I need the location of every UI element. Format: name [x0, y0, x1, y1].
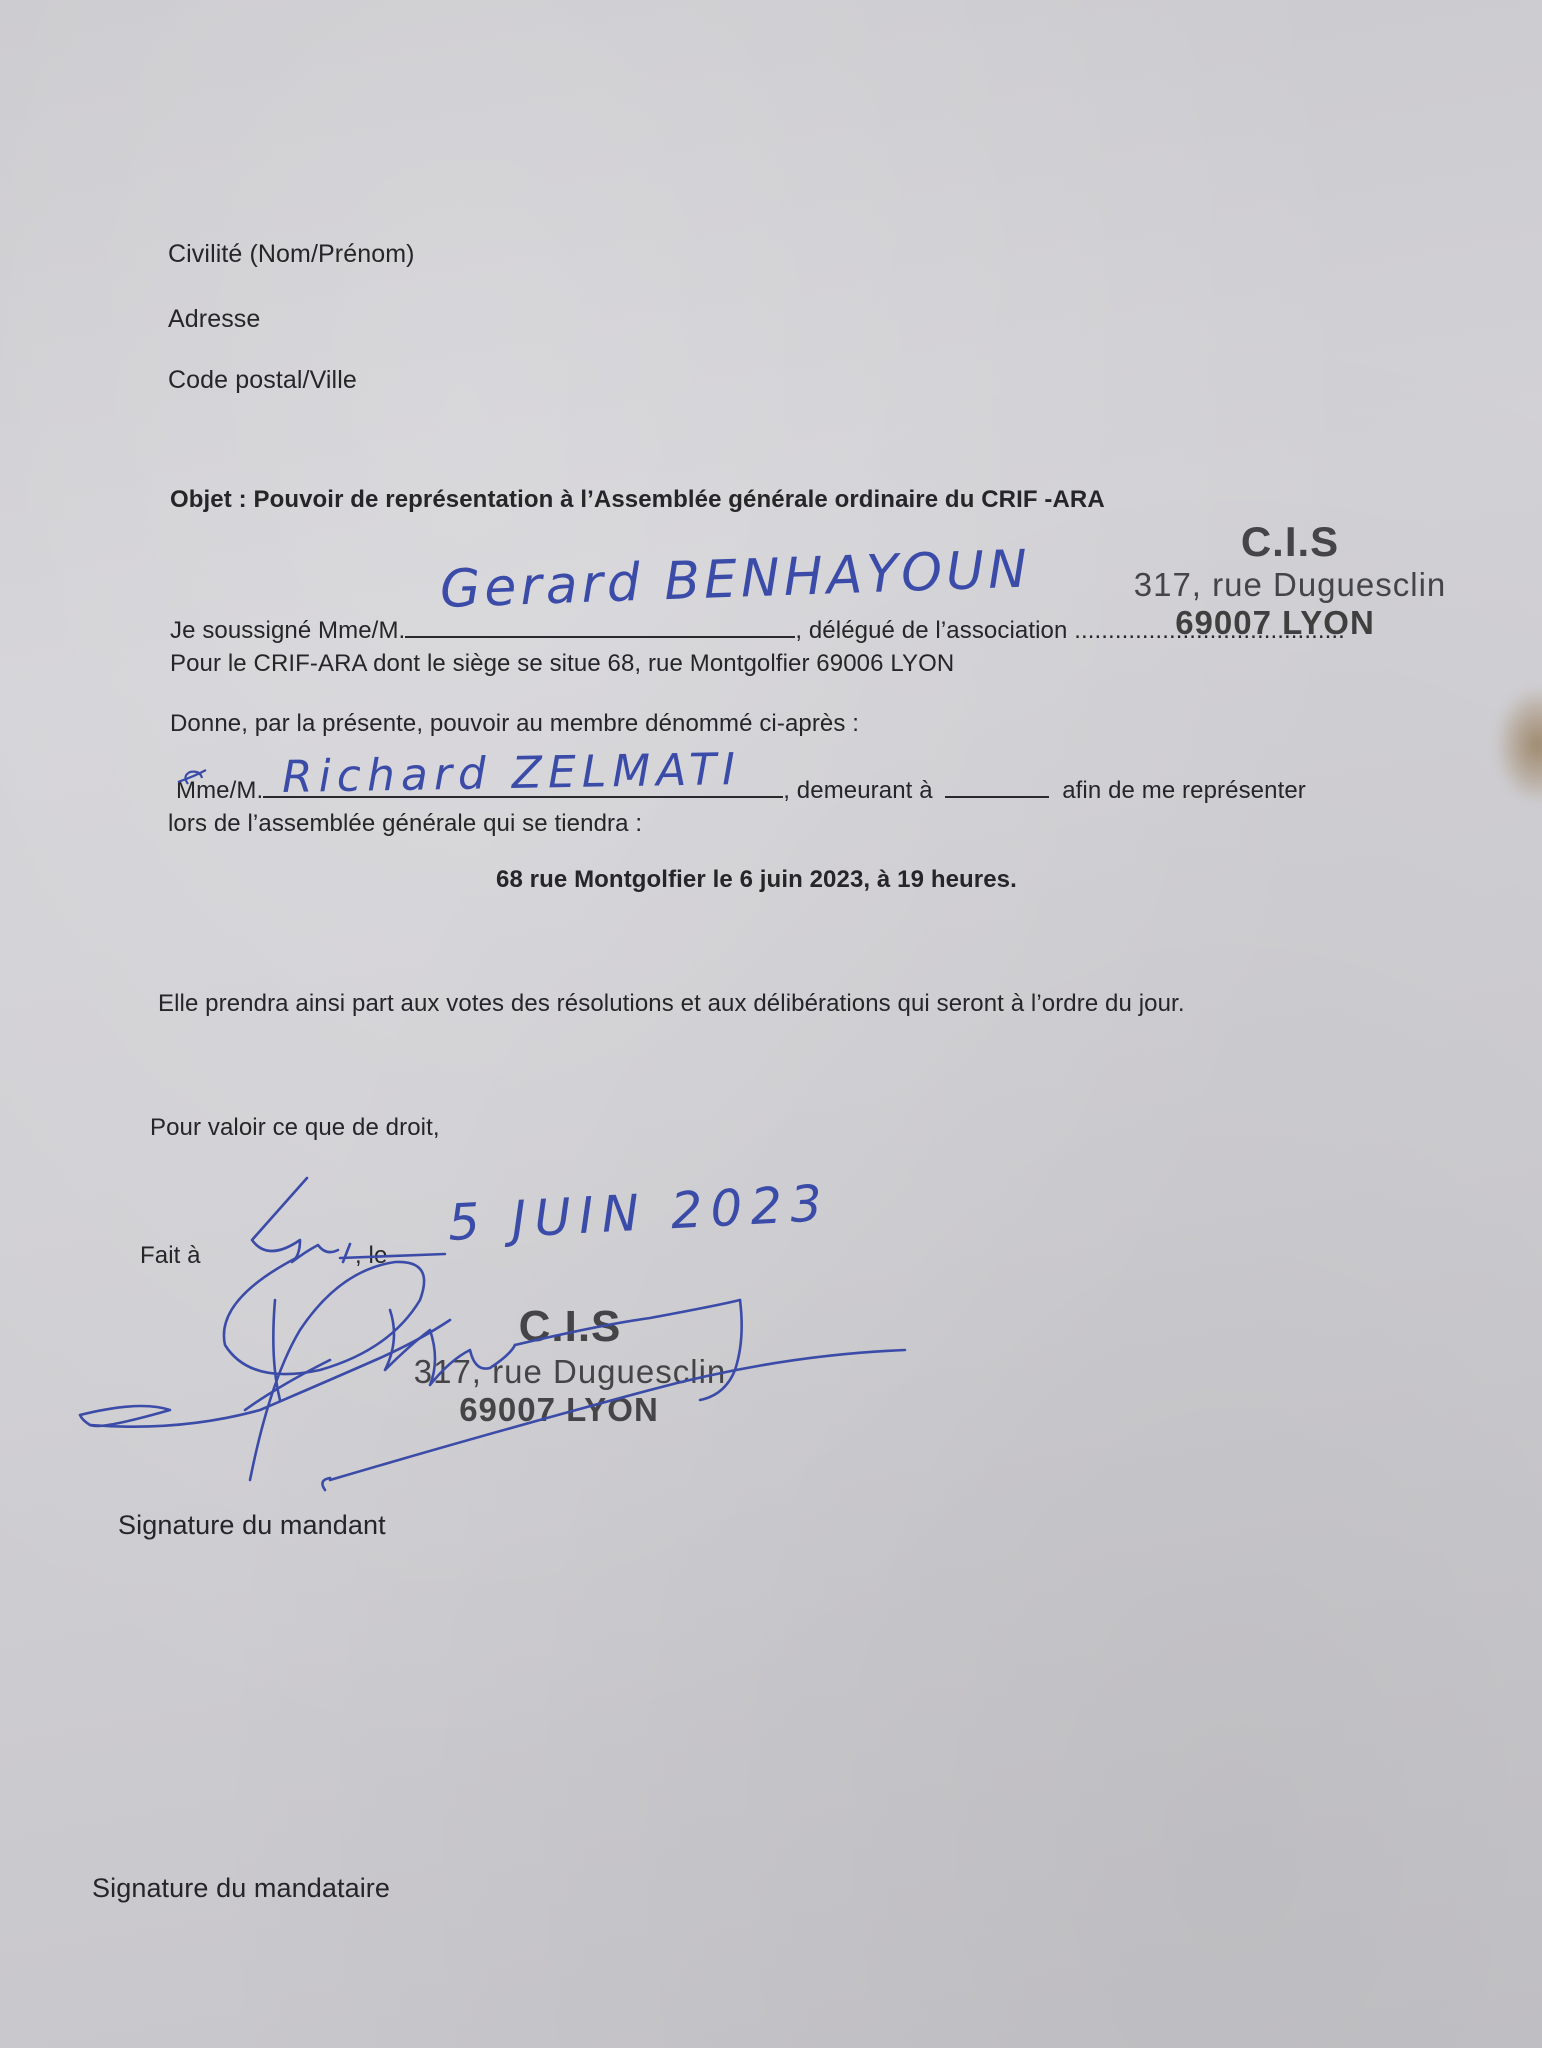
civilite-label: Civilité (Nom/Prénom)	[168, 240, 415, 269]
mandataire-prefix: Mme/M.	[176, 777, 263, 804]
adresse-label: Adresse	[168, 305, 260, 334]
siege-line: Pour le CRIF-ARA dont le siège se situe …	[170, 650, 954, 678]
assemblee-line: lors de l’assemblée générale qui se tien…	[168, 810, 642, 838]
signature-mandataire-label: Signature du mandataire	[92, 1873, 390, 1904]
mandant-suffix: , délégué de l’association .............…	[795, 617, 1345, 644]
stamp-address: 317, rue Duguesclin	[380, 1353, 760, 1391]
donne-line: Donne, par la présente, pouvoir au membr…	[170, 710, 859, 738]
stamp-title: C.I.S	[380, 1302, 760, 1353]
le-label: , le	[355, 1242, 387, 1270]
mandataire-handwritten-name: Richard ZELMATI	[282, 744, 742, 803]
signature-mandant-label: Signature du mandant	[118, 1510, 386, 1541]
code-postal-ville-label: Code postal/Ville	[168, 366, 357, 395]
stamp-address: 317, rue Duguesclin	[1100, 566, 1480, 604]
mandataire-middle: , demeurant à	[783, 777, 932, 804]
paper-stain	[1498, 690, 1542, 800]
object-line: Objet : Pouvoir de représentation à l’As…	[170, 486, 1105, 514]
mandant-handwritten-name: Gerard BENHAYOUN	[439, 539, 1032, 620]
demeurant-field[interactable]	[945, 770, 1049, 798]
votes-line: Elle prendra ainsi part aux votes des ré…	[158, 990, 1185, 1018]
meeting-details: 68 rue Montgolfier le 6 juin 2023, à 19 …	[496, 866, 1017, 894]
handwritten-date: 5 JUIN 2023	[446, 1174, 831, 1252]
fait-a-label: Fait à	[140, 1242, 201, 1270]
stamp-city: 69007 LYON	[358, 1391, 760, 1429]
cis-stamp-bottom: C.I.S 317, rue Duguesclin 69007 LYON	[380, 1302, 760, 1428]
stamp-title: C.I.S	[1100, 518, 1480, 566]
mandataire-suffix: afin de me représenter	[1062, 777, 1306, 804]
mandant-line: Je soussigné Mme/M., délégué de l’associ…	[170, 610, 1345, 645]
valoir-line: Pour valoir ce que de droit,	[150, 1114, 440, 1142]
mandant-prefix: Je soussigné Mme/M.	[170, 617, 405, 644]
